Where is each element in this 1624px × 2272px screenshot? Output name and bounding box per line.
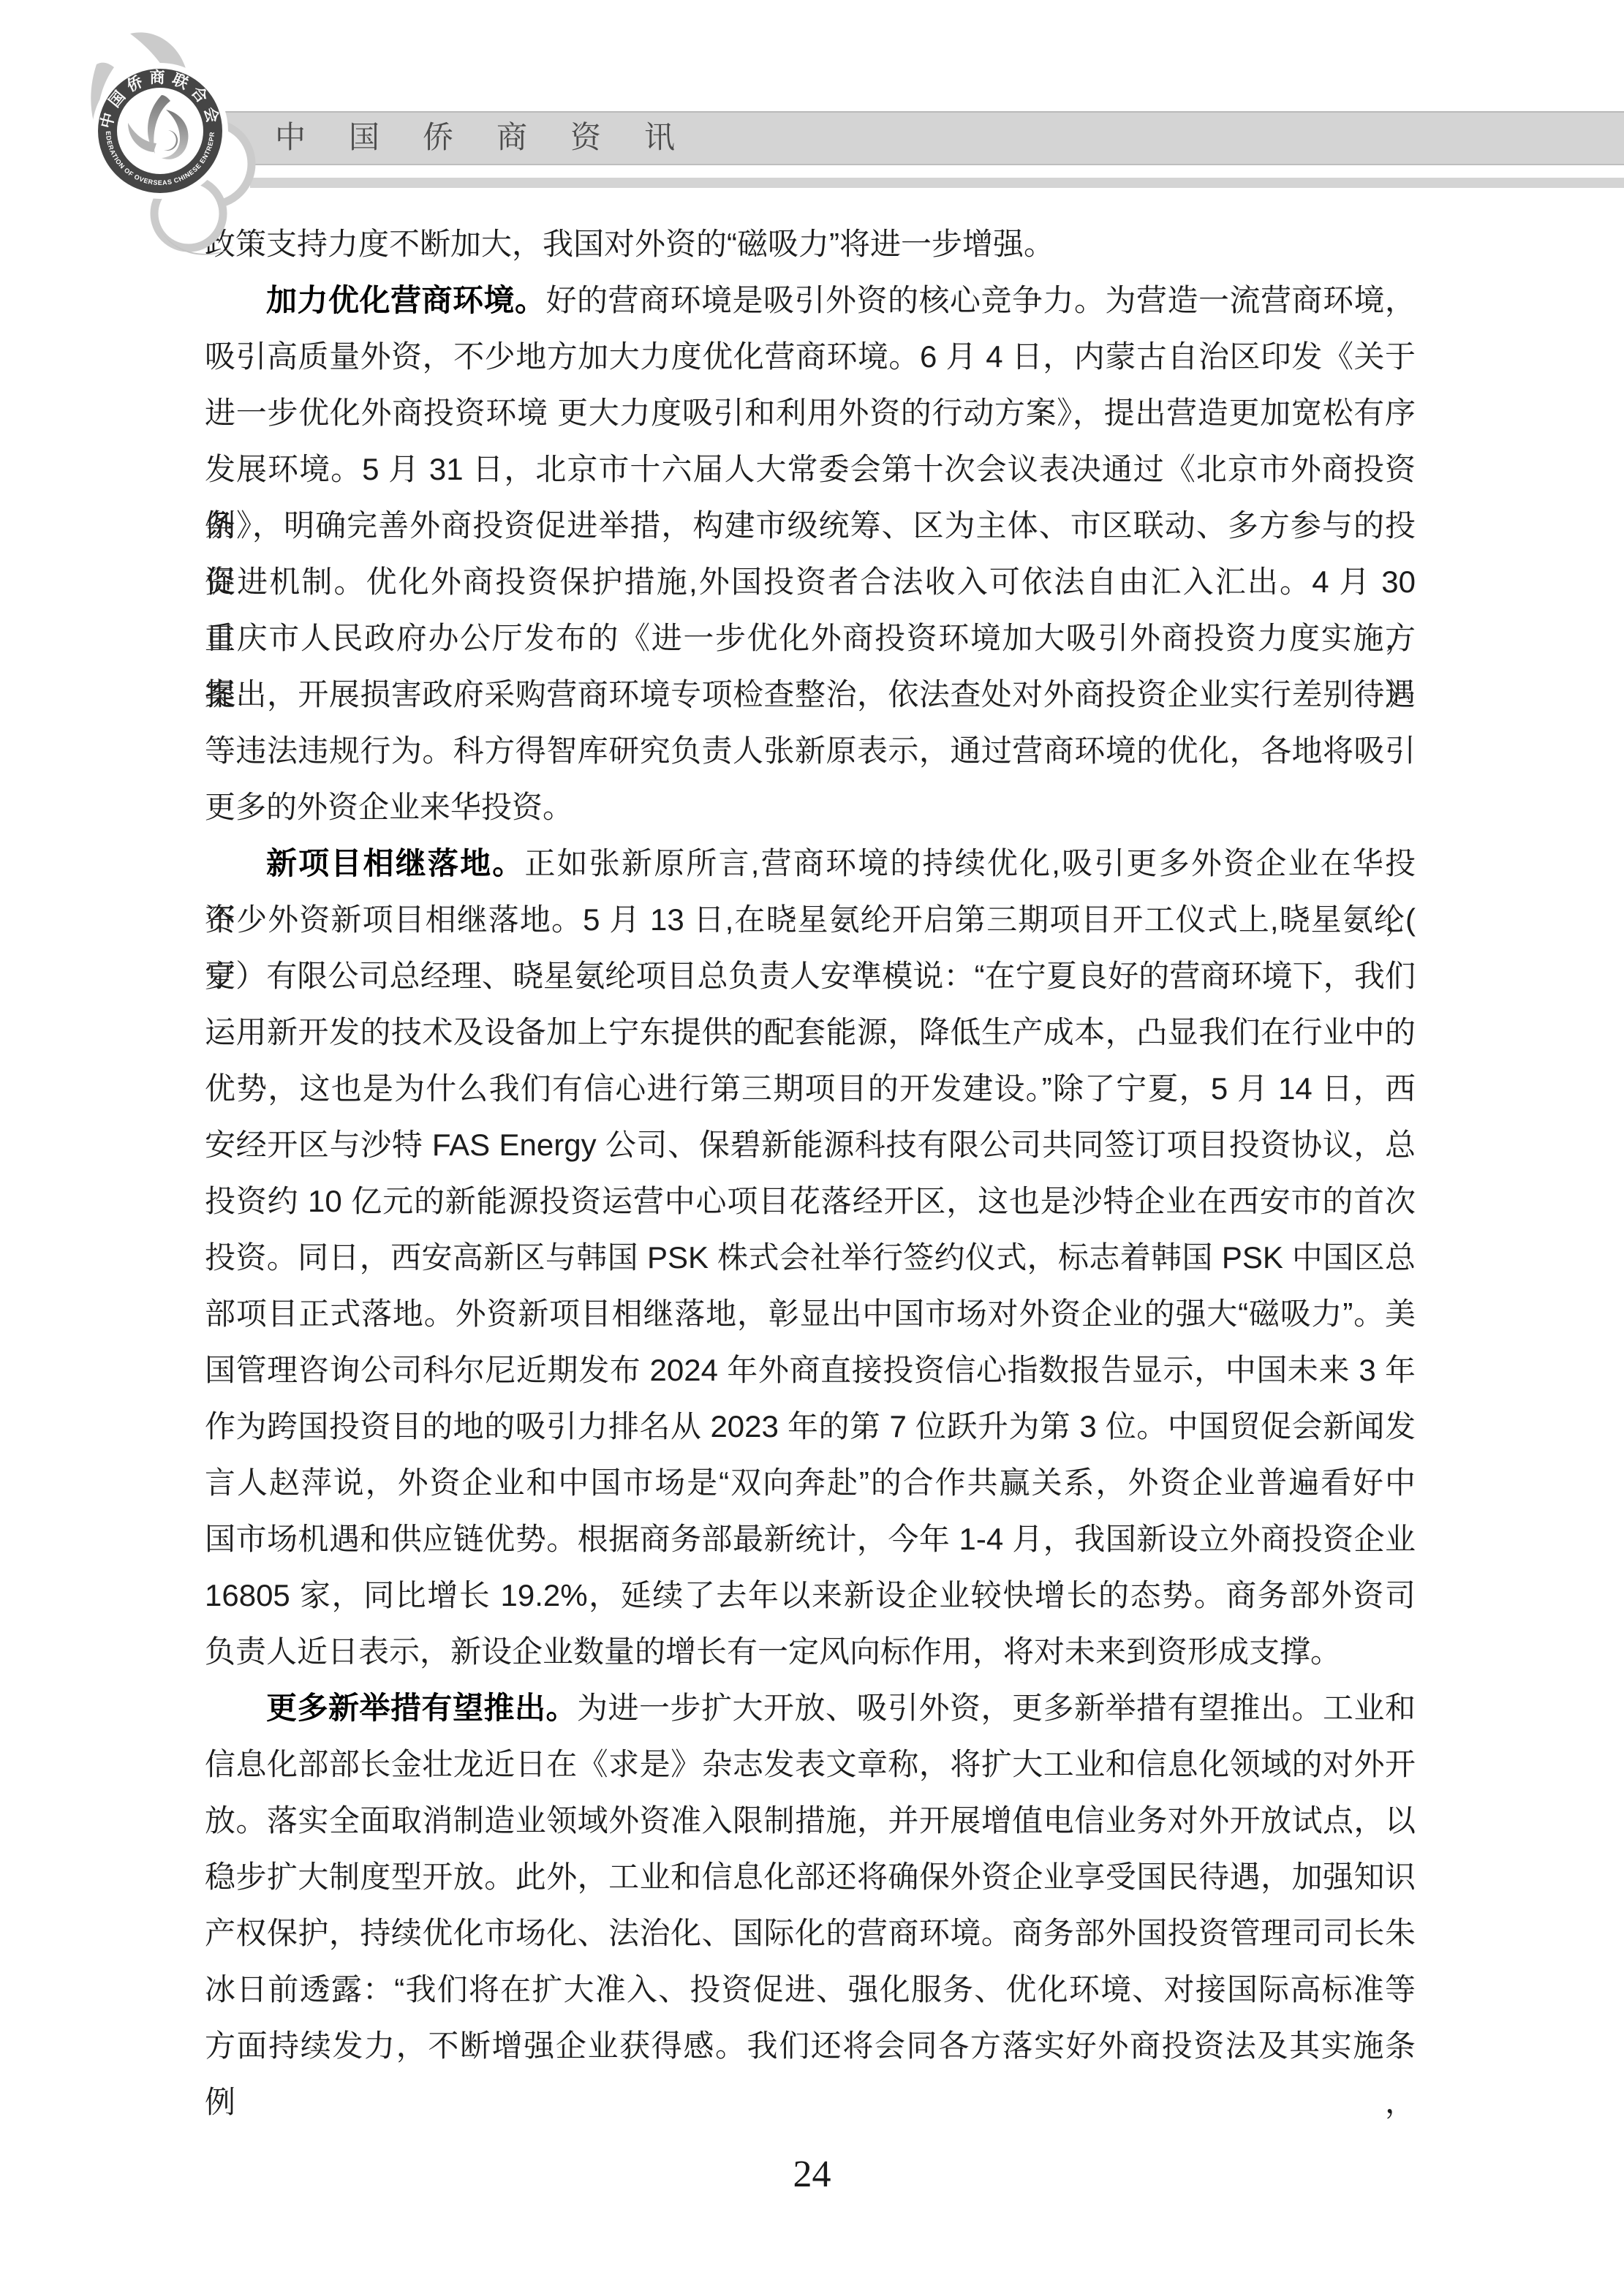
line-text: 放。落实全面取消制造业领域外资准入限制措施，并开展增值电信业务对外开放试点，以	[205, 1803, 1416, 1838]
masthead-bar: 中国侨商资讯	[223, 111, 1624, 165]
text-line: 更多的外资企业来华投资。	[205, 779, 1416, 835]
text-line: 国管理咨询公司科尔尼近期发布 2024 年外商直接投资信心指数报告显示，中国未来…	[205, 1342, 1416, 1398]
masthead-title: 中国侨商资讯	[275, 113, 718, 164]
text-line: 国市场机遇和供应链优势。根据商务部最新统计，今年 1-4 月，我国新设立外商投资…	[205, 1511, 1416, 1567]
text-line: 运用新开发的技术及设备加上宁东提供的配套能源，降低生产成本，凸显我们在行业中的	[205, 1004, 1416, 1060]
text-line: 作为跨国投资目的地的吸引力排名从 2023 年的第 7 位跃升为第 3 位。中国…	[205, 1398, 1416, 1454]
line-text: 为进一步扩大开放、吸引外资，更多新举措有望推出。工业和	[577, 1691, 1416, 1725]
line-text: 运用新开发的技术及设备加上宁东提供的配套能源，降低生产成本，凸显我们在行业中的	[205, 1015, 1416, 1049]
line-text: 言人赵萍说，外资企业和中国市场是“双向奔赴”的合作共赢关系，外资企业普遍看好中	[205, 1465, 1416, 1500]
line-text: 稳步扩大制度型开放。此外，工业和信息化部还将确保外资企业享受国民待遇，加强知识	[205, 1860, 1416, 1894]
line-text: 部项目正式落地。外资新项目相继落地，彰显出中国市场对外资企业的强大“磁吸力”。美	[205, 1297, 1416, 1331]
line-text: 等违法违规行为。科方得智库研究负责人张新原表示，通过营商环境的优化，各地将吸引	[205, 733, 1416, 768]
masthead-bar-accent	[250, 178, 1624, 188]
text-line: 吸引高质量外资，不少地方加大力度优化营商环境。6 月 4 日，内蒙古自治区印发《…	[205, 328, 1416, 385]
line-text: 冰日前透露：“我们将在扩大准入、投资促进、强化服务、优化环境、对接国际高标准等	[205, 1972, 1416, 2007]
line-text: 优势，这也是为什么我们有信心进行第三期项目的开发建设。”除了宁夏，5 月 14 …	[205, 1071, 1416, 1106]
text-line: 进一步优化外商投资环境 更大力度吸引和利用外资的行动方案》，提出营造更加宽松有序	[205, 385, 1416, 441]
line-text: 好的营商环境是吸引外资的核心竞争力。为营造一流营商环境，	[546, 283, 1416, 317]
line-text: 政策支持力度不断加大，我国对外资的“磁吸力”将进一步增强。	[205, 227, 1054, 261]
line-text: 夏）有限公司总经理、晓星氨纶项目总负责人安準模说：“在宁夏良好的营商环境下，我们	[205, 959, 1416, 993]
page: 中国侨商资讯	[0, 0, 1624, 2272]
page-number: 24	[0, 2153, 1624, 2196]
line-text: 投资约 10 亿元的新能源投资运营中心项目花落经开区，这也是沙特企业在西安市的首…	[205, 1184, 1416, 1218]
text-line: 更多新举措有望推出。为进一步扩大开放、吸引外资，更多新举措有望推出。工业和	[205, 1680, 1416, 1736]
line-text: 国市场机遇和供应链优势。根据商务部最新统计，今年 1-4 月，我国新设立外商投资…	[205, 1522, 1416, 1556]
line-text: 投资。同日，西安高新区与韩国 PSK 株式会社举行签约仪式，标志着韩国 PSK …	[205, 1240, 1416, 1275]
text-line: 投资。同日，西安高新区与韩国 PSK 株式会社举行签约仪式，标志着韩国 PSK …	[205, 1229, 1416, 1286]
text-line: 放。落实全面取消制造业领域外资准入限制措施，并开展增值电信业务对外开放试点，以	[205, 1792, 1416, 1849]
line-text: 提出，开展损害政府采购营商环境专项检查整治，依法查处对外商投资企业实行差别待遇	[205, 677, 1416, 712]
line-text: 吸引高质量外资，不少地方加大力度优化营商环境。6 月 4 日，内蒙古自治区印发《…	[205, 339, 1416, 374]
text-line: 例》，明确完善外商投资促进举措，构建市级统筹、区为主体、市区联动、多方参与的投资	[205, 497, 1416, 554]
text-line: 信息化部部长金壮龙近日在《求是》杂志发表文章称，将扩大工业和信息化领域的对外开	[205, 1736, 1416, 1792]
text-line: 方面持续发力，不断增强企业获得感。我们还将会同各方落实好外商投资法及其实施条例，	[205, 2018, 1416, 2074]
federation-emblem-logo: 中国侨商联合会 CHINA FEDERATION OF OVERSEAS CHI…	[82, 28, 257, 256]
text-line: 负责人近日表示，新设企业数量的增长有一定风向标作用，将对未来到资形成支撑。	[205, 1623, 1416, 1680]
text-line: 提出，开展损害政府采购营商环境专项检查整治，依法查处对外商投资企业实行差别待遇	[205, 666, 1416, 722]
text-line: 稳步扩大制度型开放。此外，工业和信息化部还将确保外资企业享受国民待遇，加强知识	[205, 1849, 1416, 1905]
line-text: 信息化部部长金壮龙近日在《求是》杂志发表文章称，将扩大工业和信息化领域的对外开	[205, 1747, 1416, 1781]
text-line: 促进机制。优化外商投资保护措施,外国投资者合法收入可依法自由汇入汇出。4 月 3…	[205, 554, 1416, 610]
text-line: 安经开区与沙特 FAS Energy 公司、保碧新能源科技有限公司共同签订项目投…	[205, 1117, 1416, 1173]
text-line: 夏）有限公司总经理、晓星氨纶项目总负责人安準模说：“在宁夏良好的营商环境下，我们	[205, 948, 1416, 1004]
line-text: 16805 家，同比增长 19.2%，延续了去年以来新设企业较快增长的态势。商务…	[205, 1578, 1416, 1612]
text-line: 新项目相继落地。正如张新原所言,营商环境的持续优化,吸引更多外资企业在华投资，	[205, 835, 1416, 891]
body-text: 政策支持力度不断加大，我国对外资的“磁吸力”将进一步增强。加力优化营商环境。好的…	[205, 216, 1416, 2074]
text-line: 投资约 10 亿元的新能源投资运营中心项目花落经开区，这也是沙特企业在西安市的首…	[205, 1173, 1416, 1229]
paragraph-lead: 新项目相继落地。	[266, 846, 524, 880]
text-line: 言人赵萍说，外资企业和中国市场是“双向奔赴”的合作共赢关系，外资企业普遍看好中	[205, 1454, 1416, 1511]
line-text: 国管理咨询公司科尔尼近期发布 2024 年外商直接投资信心指数报告显示，中国未来…	[205, 1353, 1416, 1387]
line-text: 方面持续发力，不断增强企业获得感。我们还将会同各方落实好外商投资法及其实施条例，	[205, 2028, 1416, 2119]
paragraph-lead: 更多新举措有望推出。	[266, 1691, 577, 1725]
text-line: 发展环境。5 月 31 日，北京市十六届人大常委会第十次会议表决通过《北京市外商…	[205, 441, 1416, 497]
line-text: 作为跨国投资目的地的吸引力排名从 2023 年的第 7 位跃升为第 3 位。中国…	[205, 1409, 1416, 1443]
text-line: 优势，这也是为什么我们有信心进行第三期项目的开发建设。”除了宁夏，5 月 14 …	[205, 1060, 1416, 1117]
text-line: 不少外资新项目相继落地。5 月 13 日,在晓星氨纶开启第三期项目开工仪式上,晓…	[205, 891, 1416, 948]
text-line: 部项目正式落地。外资新项目相继落地，彰显出中国市场对外资企业的强大“磁吸力”。美	[205, 1286, 1416, 1342]
text-line: 等违法违规行为。科方得智库研究负责人张新原表示，通过营商环境的优化，各地将吸引	[205, 722, 1416, 779]
text-line: 16805 家，同比增长 19.2%，延续了去年以来新设企业较快增长的态势。商务…	[205, 1567, 1416, 1623]
text-line: 冰日前透露：“我们将在扩大准入、投资促进、强化服务、优化环境、对接国际高标准等	[205, 1961, 1416, 2018]
line-text: 负责人近日表示，新设企业数量的增长有一定风向标作用，将对未来到资形成支撑。	[205, 1634, 1341, 1669]
text-line: 重庆市人民政府办公厅发布的《进一步优化外商投资环境加大吸引外商投资力度实施方案》	[205, 610, 1416, 666]
paragraph-lead: 加力优化营商环境。	[266, 283, 546, 317]
line-text: 更多的外资企业来华投资。	[205, 790, 573, 824]
text-line: 加力优化营商环境。好的营商环境是吸引外资的核心竞争力。为营造一流营商环境，	[205, 272, 1416, 328]
line-text: 产权保护，持续优化市场化、法治化、国际化的营商环境。商务部外国投资管理司司长朱	[205, 1916, 1416, 1950]
line-text: 安经开区与沙特 FAS Energy 公司、保碧新能源科技有限公司共同签订项目投…	[205, 1128, 1416, 1162]
text-line: 政策支持力度不断加大，我国对外资的“磁吸力”将进一步增强。	[205, 216, 1416, 272]
text-line: 产权保护，持续优化市场化、法治化、国际化的营商环境。商务部外国投资管理司司长朱	[205, 1905, 1416, 1961]
line-text: 进一步优化外商投资环境 更大力度吸引和利用外资的行动方案》，提出营造更加宽松有序	[205, 396, 1416, 430]
